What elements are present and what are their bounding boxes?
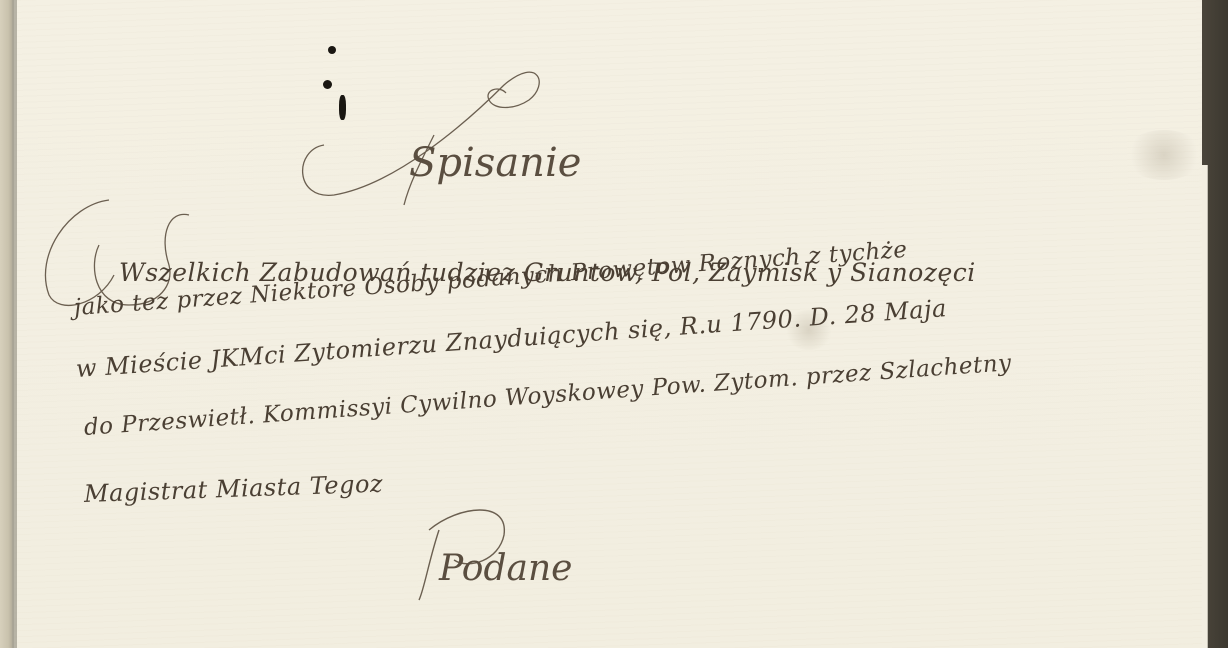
page-fold-line	[12, 0, 17, 648]
manuscript-line-5: Magistrat Miasta Tegoz	[84, 470, 384, 508]
document-title: Spisanie	[409, 140, 581, 186]
ink-blot	[328, 46, 336, 54]
title-flourish-s	[284, 55, 544, 215]
paper-stain	[1124, 130, 1204, 180]
closing-word: Podane	[439, 548, 572, 589]
manuscript-page: Spisanie Wszelkich Zabudowań tudziez Gru…	[14, 0, 1204, 648]
